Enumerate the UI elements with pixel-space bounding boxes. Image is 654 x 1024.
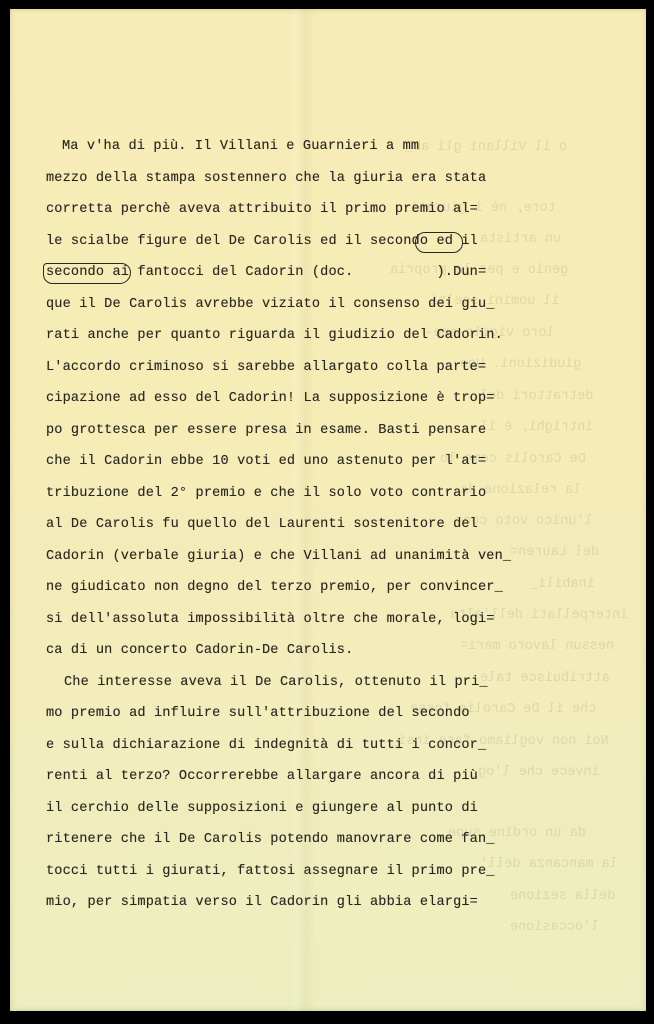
text-line: cipazione ad esso del Cadorin! La suppos…	[46, 391, 495, 407]
text-line: Cadorin (verbale giuria) e che Villani a…	[46, 549, 511, 565]
typewritten-body: Ma v'ha di più. Il Villani e Guarnieri a…	[10, 9, 646, 1011]
text-line: renti al terzo? Occorrerebbe allargare a…	[46, 769, 478, 785]
text-line: mezzo della stampa sostennero che la giu…	[46, 171, 486, 187]
text-line: che il Cadorin ebbe 10 voti ed uno asten…	[46, 454, 486, 470]
text-line: Che interesse aveva il De Carolis, otten…	[64, 675, 488, 691]
text-line: que il De Carolis avrebbe viziato il con…	[46, 297, 495, 313]
document-page: o il Villani gli ab_ tore, nè i giurati …	[10, 9, 646, 1011]
text-line: tribuzione del 2° premio e che il solo v…	[46, 486, 486, 502]
text-line: Ma v'ha di più. Il Villani e Guarnieri a…	[62, 139, 419, 155]
text-line: mo premio ad influire sull'attribuzione …	[46, 706, 470, 722]
text-line: ne giudicato non degno del terzo premio,…	[46, 580, 503, 596]
text-line: ca di un concerto Cadorin-De Carolis.	[46, 643, 353, 659]
text-line: le scialbe figure del De Carolis ed il s…	[46, 234, 478, 250]
text-line: rati anche per quanto riguarda il giudiz…	[46, 328, 503, 344]
text-line: po grottesca per essere presa in esame. …	[46, 423, 486, 439]
text-line: tocci tutti i giurati, fattosi assegnare…	[46, 864, 495, 880]
text-line: corretta perchè aveva attribuito il prim…	[46, 202, 478, 218]
text-line: mio, per simpatia verso il Cadorin gli a…	[46, 895, 478, 911]
text-line: si dell'assoluta impossibilità oltre che…	[46, 612, 495, 628]
text-line: il cerchio delle supposizioni e giungere…	[46, 801, 478, 817]
text-line: secondo ai fantocci del Cadorin (doc. ).…	[46, 265, 486, 281]
text-line: ritenere che il De Carolis potendo manov…	[46, 832, 495, 848]
text-line: al De Carolis fu quello del Laurenti sos…	[46, 517, 478, 533]
text-line: L'accordo criminoso si sarebbe allargato…	[46, 360, 486, 376]
text-line: e sulla dichiarazione di indegnità di tu…	[46, 738, 486, 754]
